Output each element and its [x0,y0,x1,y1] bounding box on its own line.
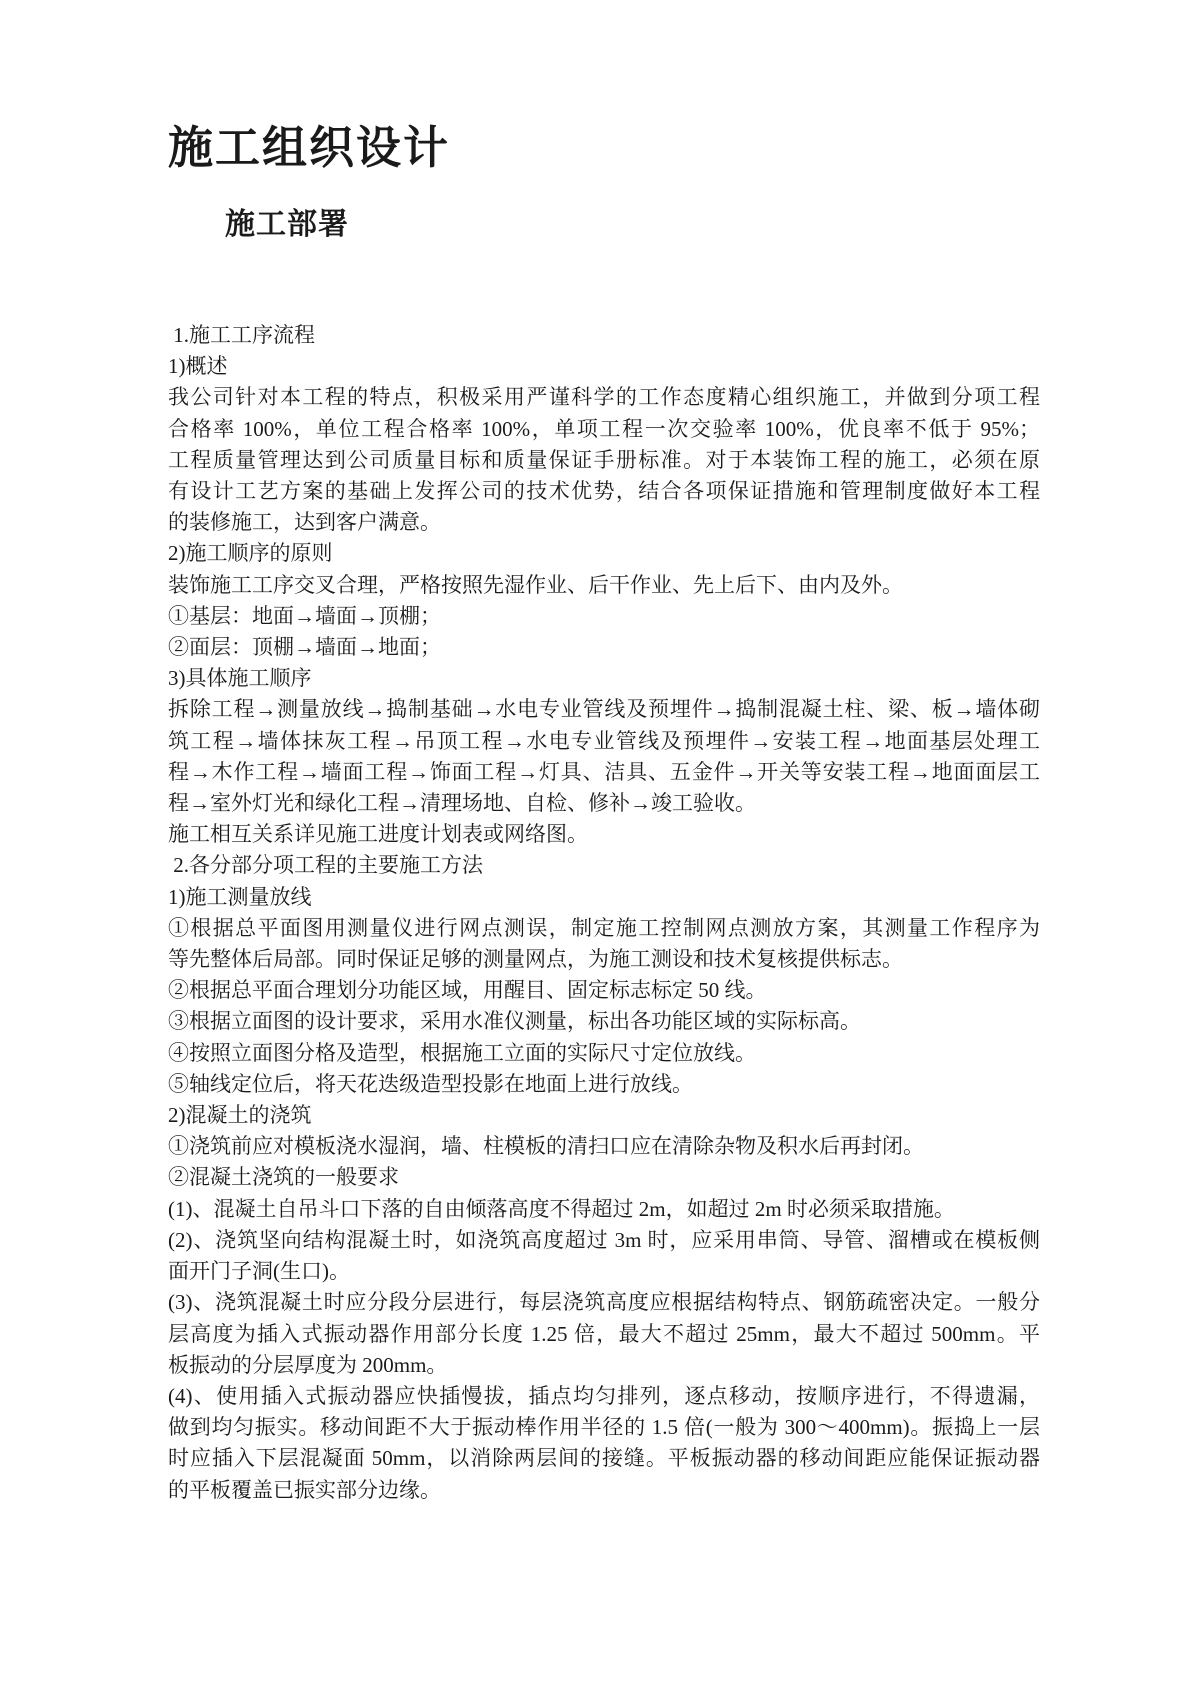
text-line: 层高度为插入式振动器作用部分长度 1.25 倍，最大不超过 25mm，最大不超过… [168,1319,1040,1350]
text-line: 2)施工顺序的原则 [168,538,1040,569]
text-line: 3)具体施工顺序 [168,663,1040,694]
text-line: 1)概述 [168,351,1040,382]
text-line: ①根据总平面图用测量仪进行网点测误，制定施工控制网点测放方案，其测量工作程序为 [168,913,1040,944]
text-line: 工程质量管理达到公司质量目标和质量保证手册标准。对于本装饰工程的施工，必须在原 [168,445,1040,476]
text-line: ⑤轴线定位后，将天花迭级造型投影在地面上进行放线。 [168,1069,1040,1100]
document-body: 1.施工工序流程1)概述我公司针对本工程的特点，积极采用严谨科学的工作态度精心组… [168,320,1040,1506]
text-line: ②混凝土浇筑的一般要求 [168,1162,1040,1193]
text-line: 板振动的分层厚度为 200mm。 [168,1350,1040,1381]
text-line: 做到均匀振实。移动间距不大于振动棒作用半径的 1.5 倍(一般为 300～400… [168,1412,1040,1443]
text-line: 1.施工工序流程 [168,320,1040,351]
document-title: 施工组织设计 [168,118,450,178]
text-line: 2.各分部分项工程的主要施工方法 [168,850,1040,881]
text-line: 合格率 100%，单位工程合格率 100%，单项工程一次交验率 100%，优良率… [168,414,1040,445]
text-line: 程→室外灯光和绿化工程→清理场地、自检、修补→竣工验收。 [168,788,1040,819]
text-line: 我公司针对本工程的特点，积极采用严谨科学的工作态度精心组织施工，并做到分项工程 [168,382,1040,413]
text-line: 筑工程→墙体抹灰工程→吊顶工程→水电专业管线及预埋件→安装工程→地面基层处理工 [168,726,1040,757]
text-line: ②面层：顶棚→墙面→地面； [168,632,1040,663]
text-line: ③根据立面图的设计要求，采用水准仪测量，标出各功能区域的实际标高。 [168,1006,1040,1037]
document-page: 施工组织设计 施工部署 1.施工工序流程1)概述我公司针对本工程的特点，积极采用… [0,0,1190,1683]
text-line: 装饰施工工序交叉合理，严格按照先湿作业、后干作业、先上后下、由内及外。 [168,570,1040,601]
text-line: 面开门子洞(生口)。 [168,1256,1040,1287]
text-line: 等先整体后局部。同时保证足够的测量网点，为施工测设和技术复核提供标志。 [168,944,1040,975]
text-line: 有设计工艺方案的基础上发挥公司的技术优势，结合各项保证措施和管理制度做好本工程 [168,476,1040,507]
text-line: (4)、使用插入式振动器应快插慢拔，插点均匀排列，逐点移动，按顺序进行，不得遗漏… [168,1381,1040,1412]
section-heading: 施工部署 [225,204,349,246]
text-line: ①基层：地面→墙面→顶棚； [168,601,1040,632]
text-line: 1)施工测量放线 [168,882,1040,913]
text-line: (1)、混凝土自吊斗口下落的自由倾落高度不得超过 2m，如超过 2m 时必须采取… [168,1194,1040,1225]
text-line: ①浇筑前应对模板浇水湿润，墙、柱模板的清扫口应在清除杂物及积水后再封闭。 [168,1131,1040,1162]
text-line: ④按照立面图分格及造型，根据施工立面的实际尺寸定位放线。 [168,1038,1040,1069]
text-line: (2)、浇筑坚向结构混凝土时，如浇筑高度超过 3m 时，应采用串筒、导管、溜槽或… [168,1225,1040,1256]
text-line: 时应插入下层混凝面 50mm，以消除两层间的接缝。平板振动器的移动间距应能保证振… [168,1443,1040,1474]
text-line: ②根据总平面合理划分功能区域，用醒目、固定标志标定 50 线。 [168,975,1040,1006]
text-line: 的装修施工，达到客户满意。 [168,507,1040,538]
text-line: 的平板覆盖已振实部分边缘。 [168,1475,1040,1506]
text-line: 程→木作工程→墙面工程→饰面工程→灯具、洁具、五金件→开关等安装工程→地面面层工 [168,757,1040,788]
text-line: 拆除工程→测量放线→捣制基础→水电专业管线及预埋件→捣制混凝土柱、梁、板→墙体砌 [168,694,1040,725]
text-line: 2)混凝土的浇筑 [168,1100,1040,1131]
text-line: 施工相互关系详见施工进度计划表或网络图。 [168,819,1040,850]
text-line: (3)、浇筑混凝土时应分段分层进行，每层浇筑高度应根据结构特点、钢筋疏密决定。一… [168,1287,1040,1318]
